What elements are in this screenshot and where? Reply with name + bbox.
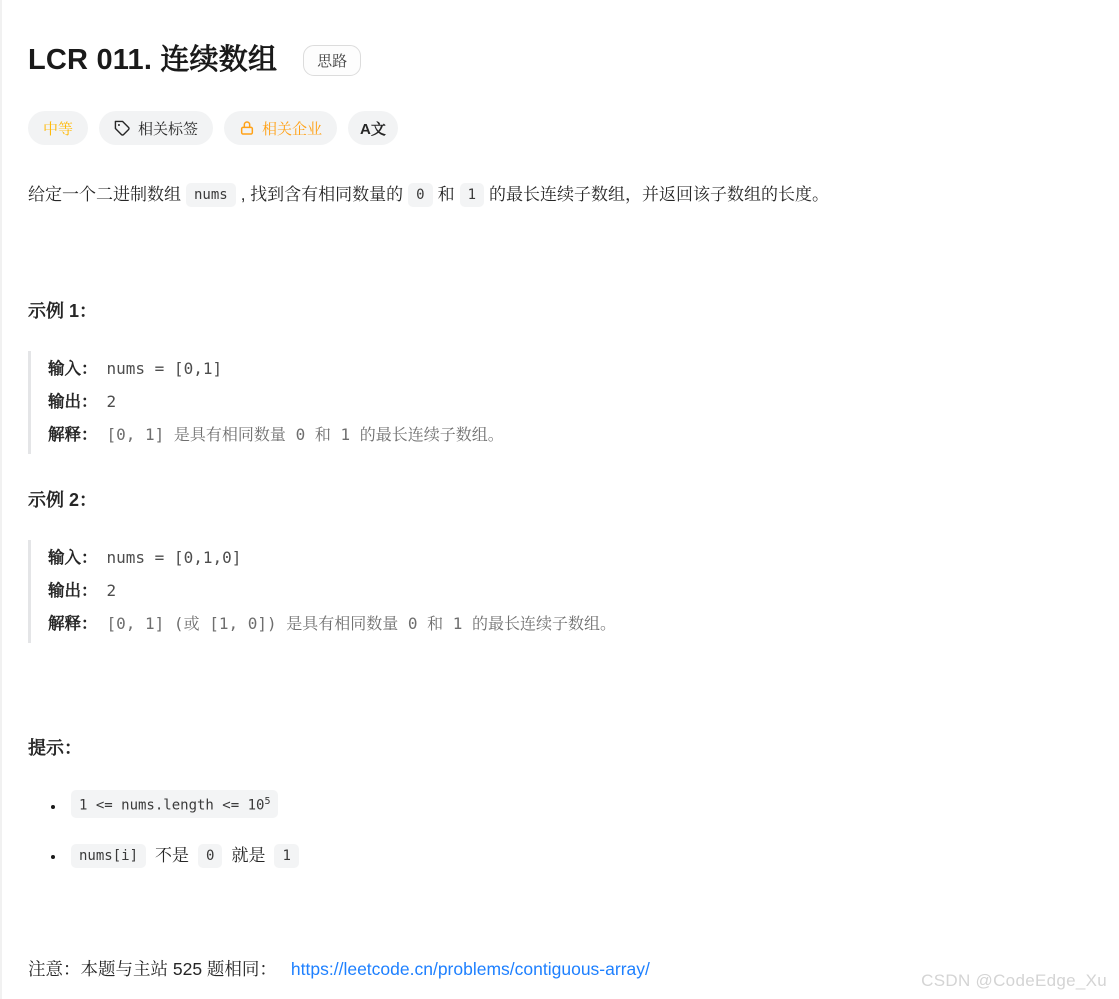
example-2-output: 输出：2 — [48, 575, 1089, 608]
related-companies-button[interactable]: 相关企业 — [224, 111, 337, 145]
lock-icon — [239, 120, 255, 136]
explanation-value: [0, 1] (或 [1, 0]) 是具有相同数量 0 和 1 的最长连续子数组… — [107, 614, 617, 633]
translate-button[interactable]: A文 — [348, 111, 398, 145]
tag-icon — [114, 120, 131, 137]
example-2-explanation: 解释：[0, 1] (或 [1, 0]) 是具有相同数量 0 和 1 的最长连续… — [48, 608, 1089, 641]
hint-text: 就是 — [231, 846, 265, 865]
explanation-value: [0, 1] 是具有相同数量 0 和 1 的最长连续子数组。 — [107, 425, 504, 444]
example-1-output: 输出：2 — [48, 386, 1089, 419]
inline-code-nums: nums — [186, 183, 236, 207]
description-text: 的最长连续子数组，并返回该子数组的长度。 — [489, 185, 829, 204]
example-1-explanation: 解释：[0, 1] 是具有相同数量 0 和 1 的最长连续子数组。 — [48, 419, 1089, 452]
example-2-heading: 示例 2： — [28, 486, 1089, 512]
translate-icon: A文 — [360, 118, 386, 139]
related-tags-button[interactable]: 相关标签 — [99, 111, 213, 145]
hints-heading: 提示： — [28, 734, 1089, 760]
example-1-input: 输入：nums = [0,1] — [48, 353, 1089, 386]
output-label: 输出： — [48, 393, 98, 411]
example-2-input: 输入：nums = [0,1,0] — [48, 542, 1089, 575]
description-text: 给定一个二进制数组 — [28, 185, 181, 204]
input-value: nums = [0,1] — [107, 359, 223, 378]
inline-code-length-constraint: 1 <= nums.length <= 105 — [71, 790, 278, 818]
example-1-block: 输入：nums = [0,1] 输出：2 解释：[0, 1] 是具有相同数量 0… — [28, 351, 1089, 454]
problem-detail-page: LCR 011. 连续数组 思路 中等 相关标签 相关企业 — [0, 0, 1119, 999]
problem-description: 给定一个二进制数组nums, 找到含有相同数量的0和1的最长连续子数组，并返回该… — [28, 181, 1089, 209]
hint-item-constraint-length: 1 <= nums.length <= 105 — [66, 790, 1089, 818]
constraint-base: 1 <= nums.length <= 10 — [79, 798, 264, 814]
input-label: 输入： — [48, 360, 98, 378]
related-companies-label: 相关企业 — [262, 118, 322, 139]
hints-list: 1 <= nums.length <= 105 nums[i]不是0就是1 — [28, 790, 1089, 868]
problem-meta-toolbar: 中等 相关标签 相关企业 A文 — [28, 111, 1089, 145]
output-value: 2 — [107, 392, 117, 411]
main-site-problem-link[interactable]: https://leetcode.cn/problems/contiguous-… — [291, 959, 650, 979]
idea-badge[interactable]: 思路 — [303, 45, 361, 76]
description-text: , 找到含有相同数量的 — [241, 185, 403, 204]
hint-item-binary-values: nums[i]不是0就是1 — [66, 841, 1089, 868]
problem-header: LCR 011. 连续数组 思路 — [28, 42, 1089, 78]
related-tags-label: 相关标签 — [138, 118, 198, 139]
csdn-watermark: CSDN @CodeEdge_Xu — [921, 971, 1107, 991]
input-value: nums = [0,1,0] — [107, 548, 242, 567]
hint-text: 不是 — [155, 846, 189, 865]
note-text: 注意：本题与主站 525 题相同： — [28, 959, 277, 979]
inline-code-nums-i: nums[i] — [71, 844, 146, 868]
example-1-heading: 示例 1： — [28, 297, 1089, 323]
constraint-exponent: 5 — [264, 796, 270, 807]
output-value: 2 — [107, 581, 117, 600]
description-text: 和 — [438, 185, 455, 204]
inline-code-one: 1 — [274, 844, 298, 868]
inline-code-zero: 0 — [198, 844, 222, 868]
output-label: 输出： — [48, 582, 98, 600]
inline-code-zero: 0 — [408, 183, 432, 207]
explanation-label: 解释： — [48, 615, 98, 633]
example-2-block: 输入：nums = [0,1,0] 输出：2 解释：[0, 1] (或 [1, … — [28, 540, 1089, 643]
explanation-label: 解释： — [48, 426, 98, 444]
input-label: 输入： — [48, 549, 98, 567]
difficulty-badge[interactable]: 中等 — [28, 111, 88, 145]
page-title: LCR 011. 连续数组 — [28, 42, 277, 78]
inline-code-one: 1 — [460, 183, 484, 207]
